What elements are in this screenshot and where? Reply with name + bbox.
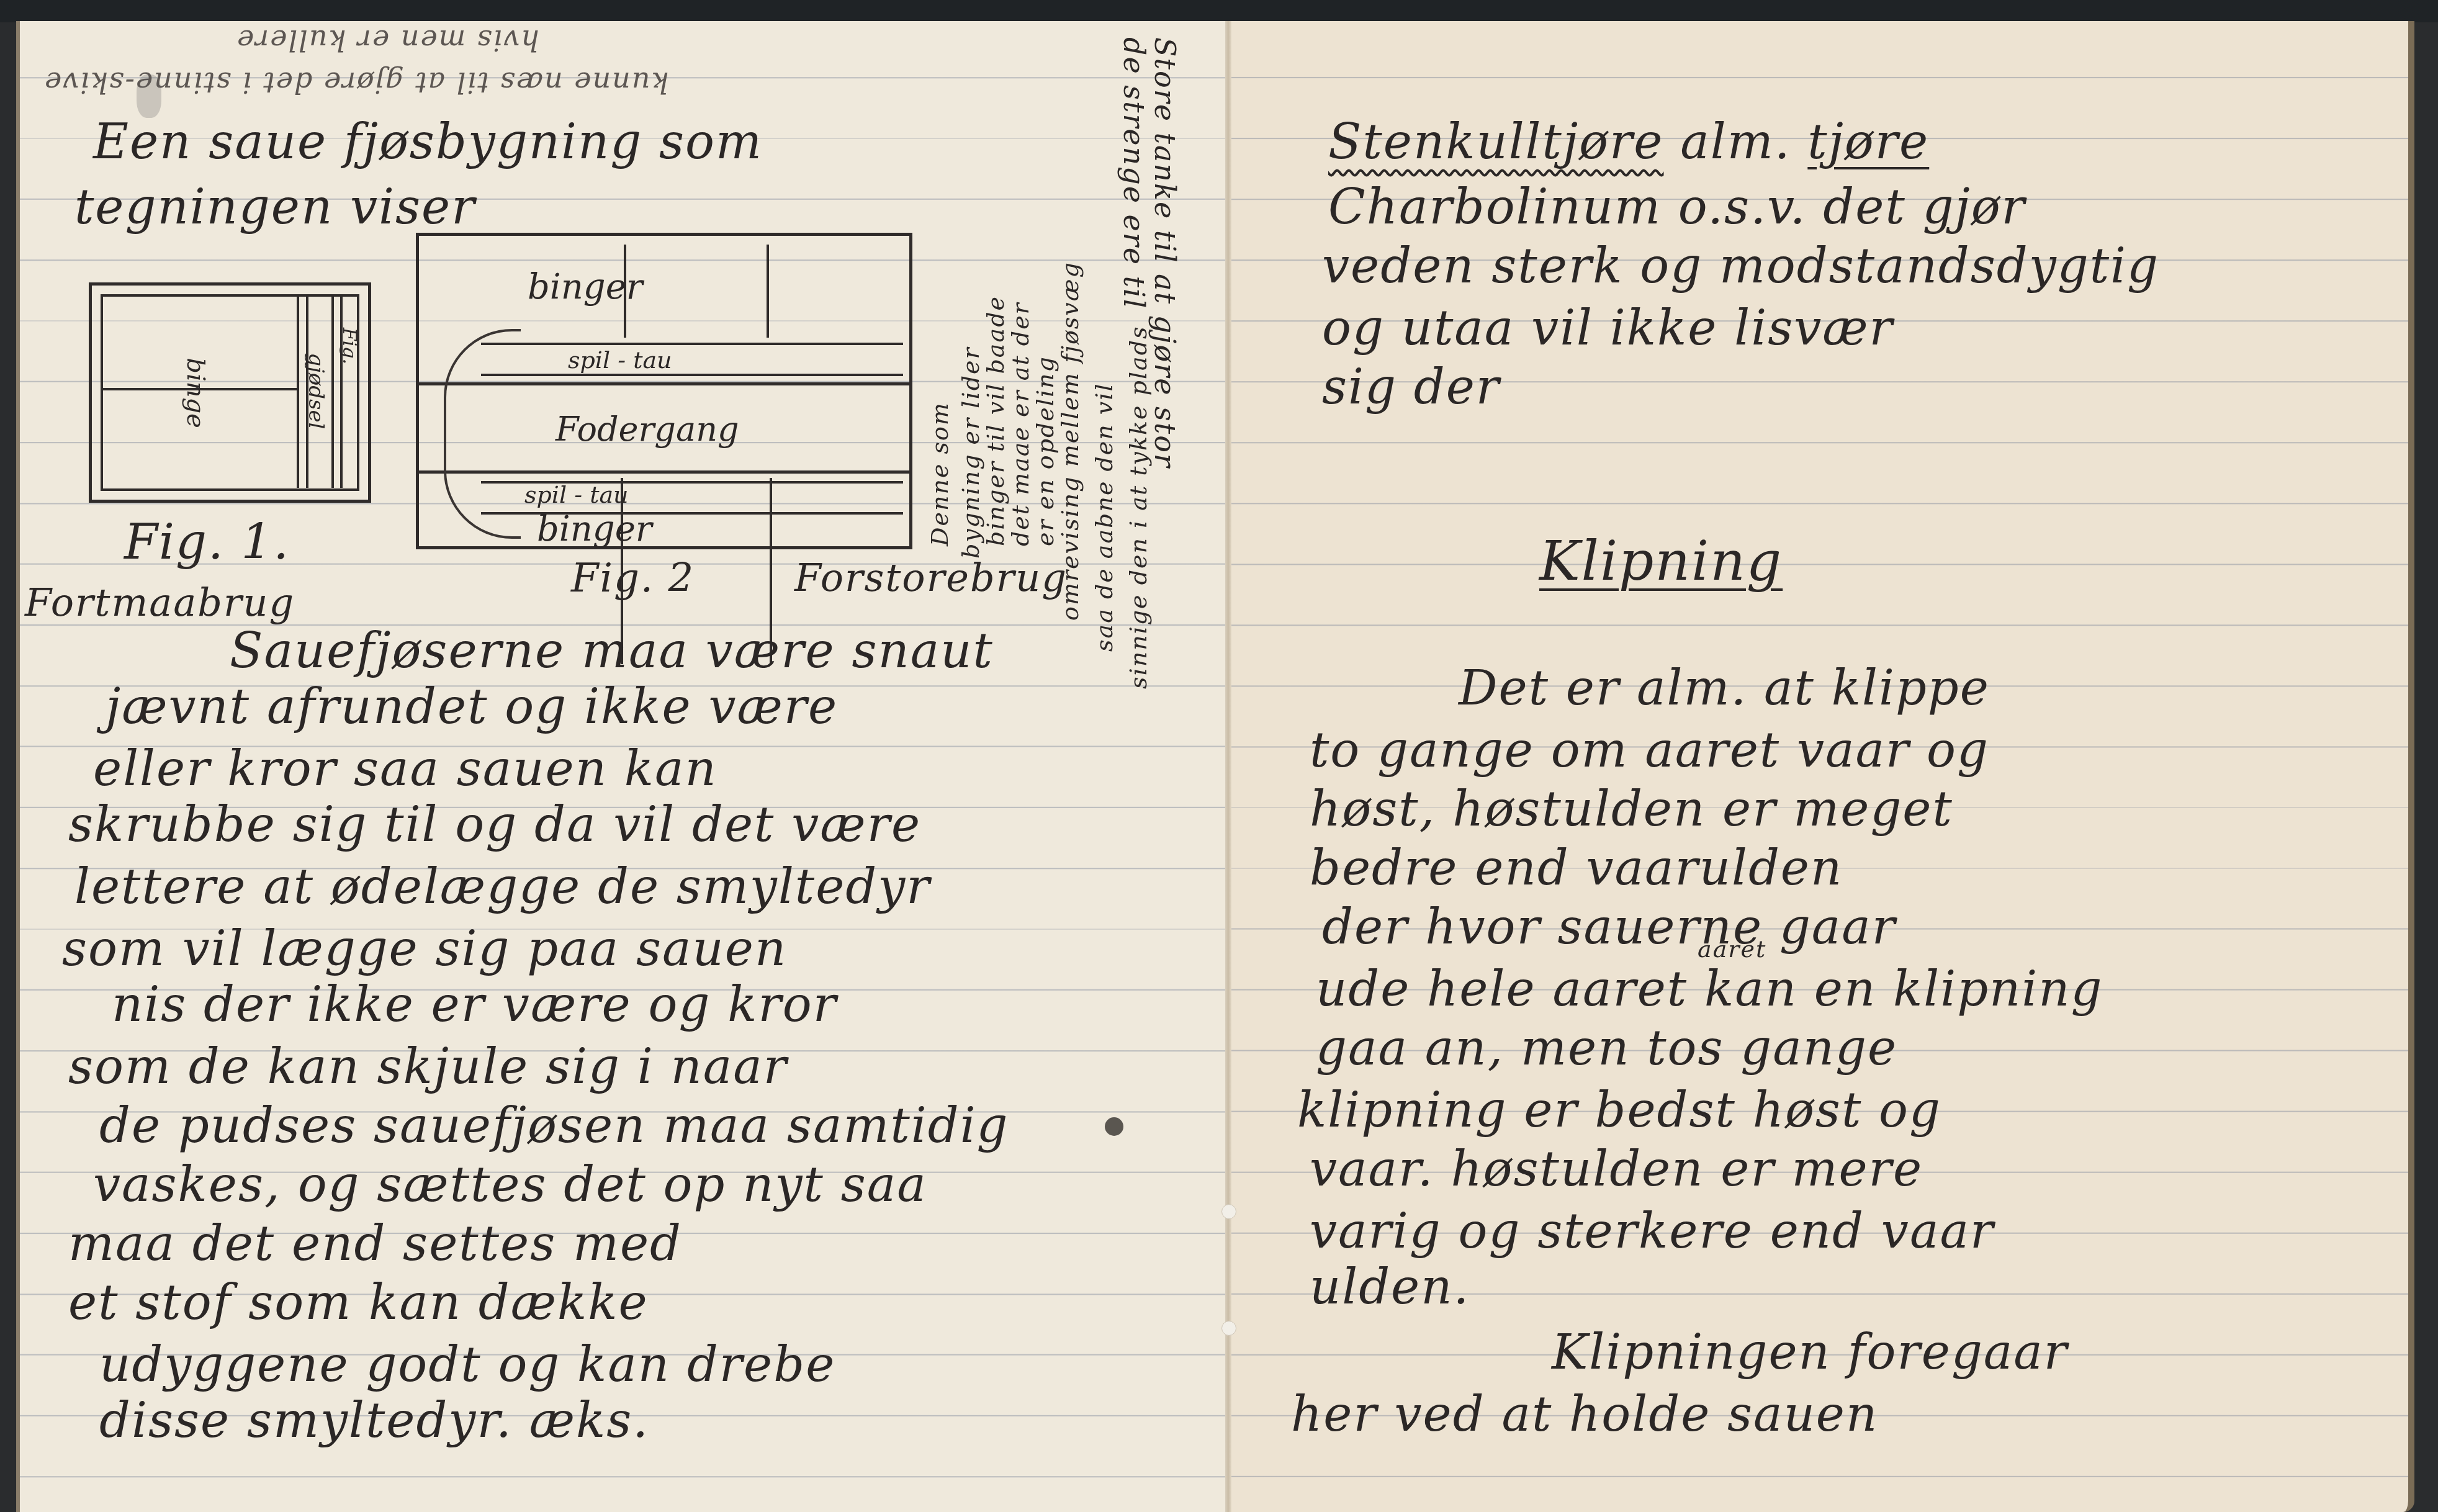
interlinear-insert: aaret [1698, 937, 1766, 961]
margin-note-vertical: de strenge ere til [1120, 37, 1148, 309]
underlined-word: tjøre [1807, 114, 1929, 170]
body-line: som de kan skjule sig i naar [68, 1043, 788, 1091]
upside-down-note: hvis men er kullere [236, 26, 539, 55]
intro-line: Charbolinum o.s.v. det gjør [1328, 183, 2026, 232]
ink-blot [1105, 1117, 1123, 1136]
fig2-feed-track [444, 329, 521, 539]
cover-edge [0, 0, 2438, 22]
body-line: jævnt afrundet og ikke være [106, 683, 838, 731]
closing-line: Klipningen foregaar [1552, 1328, 2068, 1377]
body-line: der hvor sauerne gaar [1322, 903, 1896, 952]
gutter [1225, 21, 1231, 1512]
body-line: to gange om aaret vaar og [1310, 726, 1989, 775]
intro-line: og utaa vil ikke lisvær [1322, 304, 1894, 353]
fig1-subcaption: Fortmaabrug [25, 583, 295, 622]
fig2-label-rack: spil - tau [524, 481, 629, 508]
margin-note-vertical: sinnige den i at tykke plads [1127, 325, 1150, 689]
fig2-divider [767, 245, 769, 338]
underlined-word: Stenkulltjøre [1328, 114, 1664, 170]
body-line: som vil lægge sig paa sauen [62, 925, 787, 973]
fig1-room-label: binge [181, 358, 210, 428]
fig1-caption: Fig. 1. [124, 518, 290, 567]
fig2-label-top: binger [528, 267, 643, 307]
fig2-label-rack: spil - tau [568, 346, 672, 374]
closing-line: her ved at holde sauen [1291, 1390, 1878, 1439]
fig1-divider [331, 297, 334, 488]
body-line: de pudses sauefjøsen maa samtidig [99, 1102, 1009, 1150]
body-line: varig og sterkere end vaar [1310, 1207, 1994, 1256]
body-line: udyggene godt og kan drebe [99, 1341, 835, 1389]
fig1-side-label: gjødsel [304, 353, 328, 430]
fig2-subcaption: Forstorebrug [794, 559, 1068, 597]
fig1-diagram: binge gjødsel Fig. [89, 282, 371, 503]
smudge [137, 74, 161, 118]
margin-note-vertical: omrevising mellem fjøsvæg [1058, 261, 1082, 621]
fig1-divider [297, 297, 299, 488]
fig2-label-middle: Fodergang [556, 410, 739, 449]
body-line: disse smyltedyr. æks. [99, 1397, 649, 1445]
notebook-spread: hvis men er kullere kunne næs til at gjø… [0, 0, 2438, 1512]
margin-note-vertical: Store tanke til at gjøre stor [1151, 37, 1179, 469]
intro-line: sig der [1322, 363, 1500, 412]
body-line: nis der ikke er være og kror [112, 981, 837, 1029]
body-line: bedre end vaarulden [1310, 844, 1843, 893]
fig1-corner-label: Fig. [338, 328, 360, 364]
intro-line: Stenkulltjøre alm. tjøre [1328, 118, 1929, 166]
heading-line: Een saue fjøsbygning som [93, 118, 763, 166]
margin-note-vertical: er en opdeling [1033, 356, 1057, 546]
margin-note-vertical: det maae er at der [1009, 302, 1032, 546]
body-line: ulden. [1310, 1263, 1470, 1312]
body-line: Sauefjøserne maa være snaut [230, 627, 994, 675]
fig2-rack-line [481, 343, 903, 345]
body-line: høst, høstulden er meget [1310, 785, 1953, 834]
body-line: vaskes, og sættes det op nyt saa [93, 1161, 927, 1209]
fig2-rack-line [481, 374, 903, 376]
body-line: eller kror saa sauen kan [93, 745, 717, 793]
word: alm. [1680, 114, 1807, 170]
body-line: maa det end settes med [68, 1220, 682, 1268]
heading-line: tegningen viser [74, 183, 475, 232]
margin-note-vertical: binger til vil baade [984, 295, 1007, 546]
margin-note-vertical: Denne som [928, 402, 951, 546]
body-line: ude hele aaret kan en klipning [1316, 965, 2103, 1014]
section-title: Klipning [1539, 534, 1783, 588]
body-line: vaar. høstulden er mere [1310, 1145, 1923, 1194]
binding-stitch [1221, 1321, 1236, 1336]
margin-note-vertical: bygning er lider [959, 346, 983, 559]
body-line: skrubbe sig til og da vil det være [68, 801, 921, 849]
body-line: lettere at ødelægge de smyltedyr [74, 863, 931, 911]
fig2-diagram: binger spil - tau Fodergang spil - tau b… [416, 233, 912, 549]
margin-note-vertical: saa de aabne den vil [1092, 382, 1116, 652]
intro-line: veden sterk og modstandsdygtig [1322, 242, 2159, 290]
fig2-label-bottom: binger [537, 509, 652, 549]
body-line: klipning er bedst høst og [1297, 1086, 1941, 1135]
fig1-divider [340, 297, 343, 488]
body-line: et stof som kan dække [68, 1279, 649, 1327]
binding-stitch [1221, 1204, 1236, 1219]
body-line: Det er alm. at klippe [1459, 664, 1990, 713]
fig2-caption: Fig. 2 [571, 559, 695, 598]
body-line: gaa an, men tos gange [1316, 1024, 1897, 1073]
